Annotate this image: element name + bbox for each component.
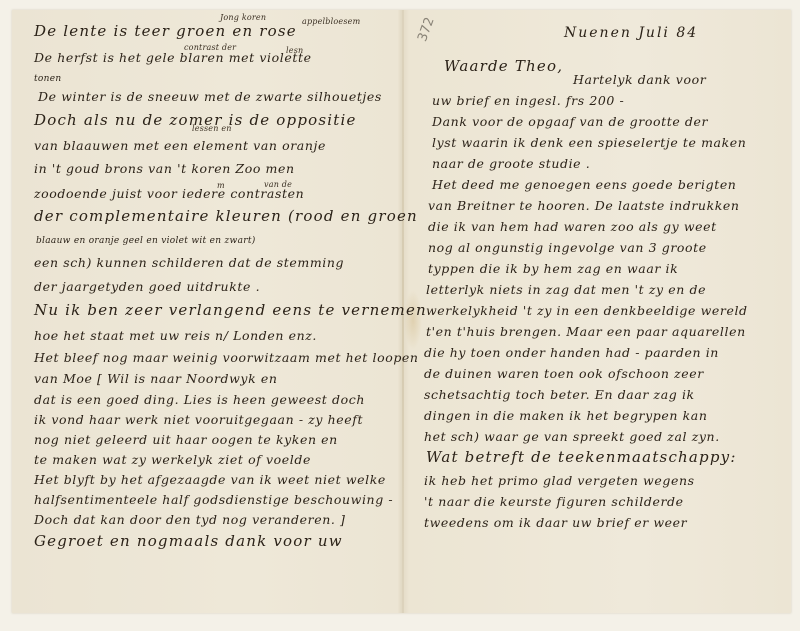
right-page: 372 Nuenen Juli 84 Waarde Theo,	[404, 10, 791, 613]
letter-line: van blaauwen met een element van oranje	[34, 138, 326, 153]
letter-line: Het blyft by het afgezaagde van ik weet …	[34, 472, 386, 487]
letter-line: nog niet geleerd uit haar oogen te kyken…	[34, 432, 338, 447]
letter-line: dat is een goed ding. Lies is heen gewee…	[34, 392, 365, 407]
letter-line: der jaargetyden goed uitdrukte .	[34, 279, 260, 294]
left-page: Jong koren appelbloesem contrast der les…	[12, 10, 402, 613]
letter-line: in 't goud brons van 't koren Zoo men	[34, 161, 295, 176]
letter-line: een sch) kunnen schilderen dat de stemmi…	[34, 255, 344, 270]
letter-line: De herfst is het gele blaren met violett…	[34, 50, 312, 65]
letter-line: tonen	[34, 74, 61, 84]
letter-line: van Moe [ Wil is naar Noordwyk en	[34, 371, 278, 386]
letter-line: Gegroet en nogmaals dank voor uw	[34, 532, 343, 550]
letter-line: zoodoende juist voor iedere contrasten	[34, 186, 304, 201]
interlinear-insert: Jong koren	[220, 13, 266, 22]
letter-line: ik vond haar werk niet vooruitgegaan - z…	[34, 412, 363, 427]
letter-line: Doch dat kan door den tyd nog veranderen…	[34, 512, 346, 527]
letter-line: Nu ik ben zeer verlangend eens te vernem…	[34, 301, 427, 319]
archive-number: 372	[415, 15, 438, 43]
letter-line: De winter is de sneeuw met de zwarte sil…	[38, 89, 382, 104]
letter-sheet: Jong koren appelbloesem contrast der les…	[12, 10, 791, 613]
letter-line: Het bleef nog maar weinig voorwitzaam me…	[34, 350, 419, 365]
letter-line: halfsentimenteele half godsdienstige bes…	[34, 492, 393, 507]
letter-line: Doch als nu de zomer is de oppositie	[34, 111, 357, 129]
dateline: Nuenen Juli 84	[564, 25, 698, 41]
letter-line: der complementaire kleuren (rood en groe…	[34, 207, 418, 225]
letter-line: te maken wat zy werkelyk ziet of voelde	[34, 452, 311, 467]
letter-line: De lente is teer groen en rose	[34, 22, 297, 40]
letter-line: blaauw en oranje geel en violet wit en z…	[36, 236, 256, 246]
salutation: Waarde Theo,	[444, 57, 563, 75]
letter-line: hoe het staat met uw reis n/ Londen enz.	[34, 328, 317, 343]
interlinear-insert: appelbloesem	[302, 17, 360, 26]
